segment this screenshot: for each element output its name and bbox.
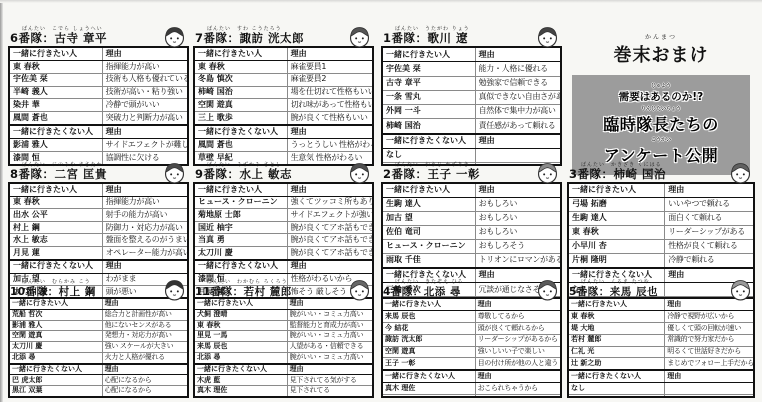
omake-title: かんまつ 巻末おまけ: [614, 32, 709, 67]
reason-header-cell: 理由: [287, 364, 373, 375]
squad-header: ばんたい きたぞえ ひろ4番隊：北添 尋: [381, 279, 562, 297]
squad-header: ばんたい おうじ かずあき2番隊：王子 一彰: [381, 162, 562, 182]
person-name-cell: 東 春秋: [9, 196, 102, 209]
not-want-header-cell: 一緒に行きたくない人: [194, 260, 287, 273]
want-row: 柿崎 国治責任感があって頼れる: [382, 119, 561, 134]
not-want-header-row: 一緒に行きたくない人理由: [382, 370, 561, 383]
reason-cell: 腕がいい・コミュ力高い: [287, 331, 373, 342]
person-name-cell: 若村 麓郎: [568, 334, 665, 346]
squad-header: ばんたい むらかみ こう10番隊：村上 鋼: [8, 279, 189, 297]
reason-cell: 能力・人格に優れる: [475, 62, 561, 76]
person-name-cell: 出水 公平: [9, 209, 102, 222]
person-name-cell: 国近 柚宇: [194, 221, 287, 234]
reason-cell: 真似できない自由さがある: [475, 90, 561, 104]
want-header-row: 一緒に行きたい人理由: [568, 183, 754, 198]
not-want-header-row: 一緒に行きたくない人理由: [382, 134, 561, 149]
person-name-cell: 生駒 達人: [568, 212, 665, 226]
want-row: 今 結花頭が良くて頼れるから: [382, 322, 561, 334]
person-name-cell: 辻 新之助: [568, 358, 665, 371]
person-name-cell: 外岡 一斗: [382, 104, 475, 118]
reason-cell: 麻雀要員1: [287, 60, 373, 73]
want-row: 水上 敏志盤面を整えるのがうまい: [9, 234, 188, 247]
captain-face-icon: [535, 160, 560, 189]
want-header-cell: 一緒に行きたい人: [9, 183, 102, 196]
person-name-cell: 諏訪 洸太郎: [382, 334, 475, 346]
reason-cell: 頭が良くて頼れるから: [475, 322, 561, 334]
squad-header-title: 11番隊：若村 麓郎: [195, 284, 292, 299]
banner-tagline: じゅよう 需要はあるのか!?: [619, 82, 703, 104]
want-row: 荒船 哲次総合力と計画性が高い: [9, 309, 188, 320]
want-row: 東 春秋指揮能力が高い: [9, 60, 188, 73]
person-name-cell: 加古 望: [382, 212, 475, 226]
person-name-cell: 今 結花: [382, 322, 475, 334]
reason-cell: 強いしいい子で楽しい: [475, 346, 561, 358]
want-row: 佐伯 竜司おもしろい: [382, 226, 561, 240]
not-want-header-row: 一緒に行きたくない人理由: [194, 364, 373, 375]
person-name-cell: 堤 大地: [568, 322, 665, 334]
person-name-cell: 空閑 遊真: [194, 99, 287, 112]
want-row: 堤 大地優しくて頭の回転が速い: [568, 322, 754, 334]
not-want-row: 黒江 双葉心配になるから: [9, 386, 188, 397]
want-row: 国近 柚宇腕が良くてアホ話もできる: [194, 221, 373, 234]
person-name-cell: 東 春秋: [568, 311, 665, 323]
want-row: 王子 一彰目の付け所が他の人と違う: [382, 358, 561, 371]
want-header-cell: 一緒に行きたい人: [9, 298, 102, 309]
captain-face-icon: [535, 24, 560, 53]
reason-cell: おこられちゃうから: [475, 383, 561, 395]
person-name-cell: 王子 一彰: [382, 358, 475, 371]
want-row: 雨取 千佳トリオンにロマンがある: [382, 253, 561, 268]
want-row: 辻 新之助まじめでフォロー上手だから: [568, 358, 754, 371]
not-want-header-cell: 一緒に行きたくない人: [382, 370, 475, 383]
reason-cell: トリオンにロマンがある: [475, 253, 561, 268]
person-name-cell: 北添 尋: [194, 352, 287, 363]
not-want-header-cell: 一緒に行きたくない人: [568, 370, 665, 383]
squad-header-title: 8番隊：二宮 匡貴: [10, 166, 107, 182]
reason-cell: リーダーシップがある: [665, 226, 754, 240]
want-row: 東 春秋リーダーシップがある: [568, 226, 754, 240]
squad-panel-squad-1: ばんたい うたがわ りょう1番隊：歌川 遼一緒に行きたい人理由宇佐美 栞能力・人…: [381, 26, 562, 166]
reason-cell: 性格が良くて頼れる: [665, 239, 754, 253]
reason-cell: 冷静で頼れる: [665, 253, 754, 268]
squad-panel-squad-5: ばんたい くるま たつや5番隊：来馬 辰也一緒に行きたい人理由東 春秋冷静で視野…: [567, 279, 755, 398]
banner-main-line-2-furigana: こうかい: [604, 136, 719, 143]
want-row: 犬飼 澄晴腕がいい・コミュ力高い: [194, 309, 373, 320]
reason-cell: 場を仕切れて性格もいい: [287, 86, 373, 99]
not-want-row: なし: [568, 383, 754, 395]
person-name-cell: 東 春秋: [194, 60, 287, 73]
reason-cell: 他にないセンスがある: [102, 320, 188, 331]
want-row: 東 春秋麻雀要員1: [194, 60, 373, 73]
want-row: 菊地原 士郎サイドエフェクトが強い: [194, 209, 373, 222]
reason-cell: 指揮能力が高い: [102, 196, 188, 209]
not-want-header-row: 一緒に行きたくない人理由: [194, 125, 373, 138]
reason-cell: いいやつで頼れる: [665, 198, 754, 212]
person-name-cell: ヒュース・クローニン: [382, 239, 475, 253]
reason-cell: 技術も人格も優れている: [102, 73, 188, 86]
want-row: 出水 公平射手の能力が高い: [9, 209, 188, 222]
reason-header-cell: 理由: [102, 364, 188, 375]
reason-header-cell: 理由: [287, 125, 373, 138]
not-want-row: 真木 理佐見下されてる: [194, 386, 373, 397]
want-row: 宇佐美 栞技術も人格も優れている: [9, 73, 188, 86]
person-name-cell: 風間 蒼也: [194, 139, 287, 152]
captain-face-icon: [347, 24, 372, 53]
reason-header-cell: 理由: [102, 260, 188, 273]
reason-cell: うっとうしい 性格がわるい: [287, 139, 373, 152]
want-row: 生駒 達人おもしろい: [382, 198, 561, 212]
person-name-cell: 古寺 章平: [382, 76, 475, 90]
want-row: 古寺 章平勉強家で信頼できる: [382, 76, 561, 90]
want-row: 加古 望おもしろい: [382, 212, 561, 226]
reason-cell: 明るくて世話好きだから: [665, 346, 754, 358]
person-name-cell: 柿崎 国治: [382, 119, 475, 134]
want-row: 空閑 遊真切れ味があって性格もいい: [194, 99, 373, 112]
captain-face-icon: [535, 277, 560, 306]
person-name-cell: 東 春秋: [568, 226, 665, 240]
not-want-header-cell: 一緒に行きたくない人: [194, 125, 287, 138]
want-row: 染井 華冷静で頭がいい: [9, 99, 188, 112]
want-row: 若村 麓郎常識的で努力家だから: [568, 334, 754, 346]
person-name-cell: 片桐 隆明: [568, 253, 665, 268]
reason-cell: 冷静で頭がいい: [102, 99, 188, 112]
reason-cell: 防御力・対応力が高い: [102, 221, 188, 234]
squad-panel-squad-10: ばんたい むらかみ こう10番隊：村上 鋼一緒に行きたい人理由荒船 哲次総合力と…: [8, 279, 189, 398]
person-name-cell: 宇佐美 栞: [382, 62, 475, 76]
person-name-cell: 東 春秋: [194, 320, 287, 331]
person-name-cell: 仁礼 光: [568, 346, 665, 358]
person-name-cell: 空閑 遊真: [9, 331, 102, 342]
person-name-cell: 冬島 慎次: [194, 73, 287, 86]
want-header-cell: 一緒に行きたい人: [568, 183, 665, 198]
reason-header-cell: 理由: [475, 370, 561, 383]
reason-cell: 心配になるから: [102, 386, 188, 397]
person-name-cell: 小早川 杏: [568, 239, 665, 253]
squad-header: ばんたい うたがわ りょう1番隊：歌川 遼: [381, 26, 562, 46]
want-row: 東 春秋監督能力と育成力が高い: [194, 320, 373, 331]
not-want-header-cell: 一緒に行きたくない人: [382, 134, 475, 149]
squad-header-title: 2番隊：王子 一彰: [383, 166, 480, 182]
want-row: 冬島 慎次麻雀要員2: [194, 73, 373, 86]
reason-cell: 技術が高い・粘り強い: [102, 86, 188, 99]
not-want-header-row: 一緒に行きたくない人理由: [194, 260, 373, 273]
not-want-header-row: 一緒に行きたくない人理由: [9, 260, 188, 273]
want-row: 片桐 隆明冷静で頼れる: [568, 253, 754, 268]
reason-cell: おもしろい: [475, 198, 561, 212]
want-header-row: 一緒に行きたい人理由: [568, 298, 754, 311]
reason-header-cell: 理由: [665, 370, 754, 383]
not-want-header-cell: 一緒に行きたくない人: [9, 125, 102, 138]
reason-cell: 目の付け所が他の人と違う: [475, 358, 561, 371]
want-row: 空閑 遊真強いしいい子で楽しい: [382, 346, 561, 358]
want-row: 影浦 雅人他にないセンスがある: [9, 320, 188, 331]
reason-cell: 盤面を整えるのがうまい: [102, 234, 188, 247]
reason-cell: 勉強家で信頼できる: [475, 76, 561, 90]
banner-main-line-1-text: 臨時隊長たちの: [603, 112, 719, 135]
person-name-cell: なし: [568, 383, 665, 395]
want-header-cell: 一緒に行きたい人: [9, 47, 102, 60]
reason-cell: おもしろい: [475, 212, 561, 226]
reason-cell: サイドエフェクトが難しい: [102, 139, 188, 152]
want-header-cell: 一緒に行きたい人: [568, 298, 665, 311]
not-want-header-row: 一緒に行きたくない人理由: [9, 125, 188, 138]
squad-panel-squad-6: ばんたい こでら しょうへい6番隊：古寺 章平一緒に行きたい人理由東 春秋指揮能…: [8, 26, 189, 166]
want-row: 来馬 辰也尊敬してるから: [382, 311, 561, 323]
omake-title-text: 巻末おまけ: [614, 41, 709, 67]
omake-title-block: かんまつ 巻末おまけ じゅよう 需要はあるのか!? りんじたいちょう 臨時隊長た…: [567, 28, 755, 158]
squad-header-title: 7番隊：諏訪 洸太郎: [195, 30, 304, 46]
person-name-cell: 太刀川 慶: [9, 341, 102, 352]
want-row: 弓場 拓磨いいやつで頼れる: [568, 198, 754, 212]
squad-header-title: 10番隊：村上 鋼: [10, 284, 96, 299]
survey-table: 一緒に行きたい人理由来馬 辰也尊敬してるから今 結花頭が良くて頼れるから諏訪 洸…: [381, 297, 562, 398]
person-name-cell: ヒュース・クローニン: [194, 196, 287, 209]
want-row: 東 春秋冷静で視野が広いから: [568, 311, 754, 323]
person-name-cell: 真木 理佐: [194, 386, 287, 397]
want-row: 里見 一馬腕がいい・コミュ力高い: [194, 331, 373, 342]
reason-cell: 総合力と計画性が高い: [102, 309, 188, 320]
reason-header-cell: 理由: [102, 125, 188, 138]
captain-face-icon: [162, 277, 187, 306]
reason-cell: 面白くて頼れる: [665, 212, 754, 226]
want-row: 北添 尋腕がいい・コミュ力高い: [194, 352, 373, 363]
reason-cell: まじめでフォロー上手だから: [665, 358, 754, 371]
reason-cell: [665, 383, 754, 395]
not-want-header-cell: 一緒に行きたくない人: [9, 364, 102, 375]
reason-cell: 腕が良くてアホ話もできる: [287, 247, 373, 260]
person-name-cell: 柿崎 国治: [194, 86, 287, 99]
person-name-cell: 当真 勇: [194, 234, 287, 247]
want-header-cell: 一緒に行きたい人: [382, 47, 475, 62]
reason-cell: 切れ味があって性格もいい: [287, 99, 373, 112]
person-name-cell: 村上 鋼: [9, 221, 102, 234]
person-name-cell: 北添 尋: [9, 352, 102, 363]
want-row: 月見 蓮オペレーター能力が高い: [9, 247, 188, 260]
squad-header-title: 5番隊：来馬 辰也: [569, 284, 658, 299]
squad-header-title: 6番隊：古寺 章平: [10, 30, 107, 46]
not-want-row: 風間 蒼也うっとうしい 性格がわるい: [194, 139, 373, 152]
person-name-cell: 風間 蒼也: [9, 112, 102, 125]
reason-cell: 腕が良くて性格もいい: [287, 112, 373, 125]
reason-header-cell: 理由: [475, 134, 561, 149]
want-row: 半崎 義人技術が高い・粘り強い: [9, 86, 188, 99]
reason-cell: 腕が良くてアホ話もできる: [287, 234, 373, 247]
not-want-row: 木虎 藍見下されてる気がする: [194, 375, 373, 386]
want-row: 宇佐美 栞能力・人格に優れる: [382, 62, 561, 76]
want-row: 太刀川 慶腕が良くてアホ話もできる: [194, 247, 373, 260]
want-row: 当真 勇腕が良くてアホ話もできる: [194, 234, 373, 247]
person-name-cell: 菊地原 士郎: [194, 209, 287, 222]
want-row: 一条 雪丸真似できない自由さがある: [382, 90, 561, 104]
reason-cell: リーダーシップがあるから: [475, 334, 561, 346]
person-name-cell: 空閑 遊真: [382, 346, 475, 358]
squad-header-title: 9番隊：水上 敏志: [195, 166, 292, 182]
squad-header: ばんたい みずかみ さとし9番隊：水上 敏志: [193, 162, 374, 182]
reason-cell: 突破力と判断力が高い: [102, 112, 188, 125]
want-row: 北添 尋火力と人格が優れる: [9, 352, 188, 363]
want-row: 外岡 一斗自然体で集中力が高い: [382, 104, 561, 118]
person-name-cell: 水上 敏志: [9, 234, 102, 247]
reason-cell: 火力と人格が優れる: [102, 352, 188, 363]
reason-cell: 心配になるから: [102, 375, 188, 386]
squad-header: ばんたい かきざき くにはる3番隊：柿崎 国治: [567, 162, 755, 182]
person-name-cell: 太刀川 慶: [194, 247, 287, 260]
want-row: 風間 蒼也突破力と判断力が高い: [9, 112, 188, 125]
want-header-cell: 一緒に行きたい人: [382, 183, 475, 198]
not-want-row: 影浦 雅人サイドエフェクトが難しい: [9, 139, 188, 152]
want-header-cell: 一緒に行きたい人: [382, 298, 475, 311]
squad-header: ばんたい くるま たつや5番隊：来馬 辰也: [567, 279, 755, 297]
want-row: 東 春秋指揮能力が高い: [9, 196, 188, 209]
person-name-cell: 巴 虎太郎: [9, 375, 102, 386]
want-row: 諏訪 洸太郎リーダーシップがあるから: [382, 334, 561, 346]
survey-table: 一緒に行きたい人理由東 春秋麻雀要員1冬島 慎次麻雀要員2柿崎 国治場を仕切れて…: [193, 46, 374, 166]
not-want-header-row: 一緒に行きたくない人理由: [568, 370, 754, 383]
empty-row: [382, 395, 561, 397]
survey-table: 一緒に行きたい人理由荒船 哲次総合力と計画性が高い影浦 雅人他にないセンスがある…: [8, 297, 189, 398]
want-header-cell: 一緒に行きたい人: [194, 298, 287, 309]
person-name-cell: 来馬 辰也: [382, 311, 475, 323]
person-name-cell: 三上 歌歩: [194, 112, 287, 125]
want-row: ヒュース・クローニンおもしろそう: [382, 239, 561, 253]
reason-header-cell: 理由: [287, 260, 373, 273]
captain-face-icon: [728, 277, 753, 306]
captain-face-icon: [347, 277, 372, 306]
survey-table: 一緒に行きたい人理由犬飼 澄晴腕がいい・コミュ力高い東 春秋監督能力と育成力が高…: [193, 297, 374, 398]
want-row: 三上 歌歩腕が良くて性格もいい: [194, 112, 373, 125]
reason-cell: 尊敬してるから: [475, 311, 561, 323]
banner-main-line-1-furigana: りんじたいちょう: [603, 105, 719, 112]
survey-table: 一緒に行きたい人理由宇佐美 栞能力・人格に優れる古寺 章平勉強家で信頼できる一条…: [381, 46, 562, 166]
reason-cell: 指揮能力が高い: [102, 60, 188, 73]
reason-cell: 自然体で集中力が高い: [475, 104, 561, 118]
want-row: 村上 鋼防御力・対応力が高い: [9, 221, 188, 234]
reason-cell: 腕がいい・コミュ力高い: [287, 309, 373, 320]
reason-cell: 腕が良くてアホ話もできる: [287, 221, 373, 234]
captain-face-icon: [162, 160, 187, 189]
reason-cell: 発想力・対応力が高い: [102, 331, 188, 342]
survey-table: 一緒に行きたい人理由東 春秋冷静で視野が広いから堤 大地優しくて頭の回転が速い若…: [567, 297, 755, 398]
reason-cell: 射手の能力が高い: [102, 209, 188, 222]
person-name-cell: 影浦 雅人: [9, 320, 102, 331]
survey-table: 一緒に行きたい人理由東 春秋指揮能力が高い宇佐美 栞技術も人格も優れている半崎 …: [8, 46, 189, 166]
want-row: 柿崎 国治場を仕切れて性格もいい: [194, 86, 373, 99]
person-name-cell: 佐伯 竜司: [382, 226, 475, 240]
reason-cell: 見下されてる: [287, 386, 373, 397]
survey-banner: じゅよう 需要はあるのか!? りんじたいちょう 臨時隊長たちの こうかい アンケ…: [572, 75, 750, 175]
not-want-row: 巴 虎太郎心配になるから: [9, 375, 188, 386]
squad-header: ばんたい にのみや まさたか8番隊：二宮 匡貴: [8, 162, 189, 182]
person-name-cell: 来馬 辰也: [194, 341, 287, 352]
reason-cell: おもしろそう: [475, 239, 561, 253]
want-row: 太刀川 慶強い スケールが大きい: [9, 341, 188, 352]
person-name-cell: 一条 雪丸: [382, 90, 475, 104]
want-row: 生駒 達人面白くて頼れる: [568, 212, 754, 226]
person-name-cell: 木虎 藍: [194, 375, 287, 386]
reason-cell: 常識的で努力家だから: [665, 334, 754, 346]
banner-main-line-1: りんじたいちょう 臨時隊長たちの: [603, 105, 719, 135]
empty-row: [568, 395, 754, 397]
squad-header: ばんたい すわ こうたろう7番隊：諏訪 洸太郎: [193, 26, 374, 46]
person-name-cell: 里見 一馬: [194, 331, 287, 342]
captain-face-icon: [162, 24, 187, 53]
want-header-cell: 一緒に行きたい人: [194, 183, 287, 196]
reason-cell: オペレーター能力が高い: [102, 247, 188, 260]
person-name-cell: 月見 蓮: [9, 247, 102, 260]
not-want-header-cell: 一緒に行きたくない人: [194, 364, 287, 375]
banner-tagline-furigana: じゅよう: [619, 82, 703, 89]
not-want-header-row: 一緒に行きたくない人理由: [9, 364, 188, 375]
reason-cell: 優しくて頭の回転が速い: [665, 322, 754, 334]
want-row: 小早川 杏性格が良くて頼れる: [568, 239, 754, 253]
scan-edge-artifact: [0, 0, 3, 402]
want-row: 空閑 遊真発想力・対応力が高い: [9, 331, 188, 342]
squad-header-title: 3番隊：柿崎 国治: [569, 166, 666, 182]
not-want-header-cell: 一緒に行きたくない人: [9, 260, 102, 273]
want-header-cell: 一緒に行きたい人: [194, 47, 287, 60]
banner-tagline-text: 需要はあるのか!?: [619, 89, 703, 104]
reason-cell: 冷静で視野が広いから: [665, 311, 754, 323]
person-name-cell: 半崎 義人: [9, 86, 102, 99]
reason-cell: 強い スケールが大きい: [102, 341, 188, 352]
not-want-row: 真木 理佐おこられちゃうから: [382, 383, 561, 395]
want-row: 来馬 辰也人望がある・信頼できる: [194, 341, 373, 352]
captain-face-icon: [347, 160, 372, 189]
want-row: ヒュース・クローニン強くてツッコミ所もありそう: [194, 196, 373, 209]
reason-cell: 見下されてる気がする: [287, 375, 373, 386]
squad-header-title: 1番隊：歌川 遼: [383, 30, 468, 46]
squad-panel-squad-7: ばんたい すわ こうたろう7番隊：諏訪 洸太郎一緒に行きたい人理由東 春秋麻雀要…: [193, 26, 374, 166]
squad-panel-squad-4: ばんたい きたぞえ ひろ4番隊：北添 尋一緒に行きたい人理由来馬 辰也尊敬してる…: [381, 279, 562, 398]
reason-cell: 強くてツッコミ所もありそう: [287, 196, 373, 209]
captain-face-icon: [728, 160, 753, 189]
person-name-cell: 染井 華: [9, 99, 102, 112]
omake-title-furigana: かんまつ: [614, 32, 709, 41]
person-name-cell: 弓場 拓磨: [568, 198, 665, 212]
squad-header-title: 4番隊：北添 尋: [383, 284, 461, 299]
reason-cell: 麻雀要員2: [287, 73, 373, 86]
person-name-cell: 宇佐美 栞: [9, 73, 102, 86]
person-name-cell: 真木 理佐: [382, 383, 475, 395]
reason-cell: 監督能力と育成力が高い: [287, 320, 373, 331]
person-name-cell: 雨取 千佳: [382, 253, 475, 268]
reason-cell: 人望がある・信頼できる: [287, 341, 373, 352]
person-name-cell: 黒江 双葉: [9, 386, 102, 397]
want-row: 仁礼 光明るくて世話好きだから: [568, 346, 754, 358]
reason-cell: 腕がいい・コミュ力高い: [287, 352, 373, 363]
reason-cell: おもしろい: [475, 226, 561, 240]
person-name-cell: 東 春秋: [9, 60, 102, 73]
squad-panel-squad-11: ばんたい わかむら ろくろう11番隊：若村 麓郎一緒に行きたい人理由犬飼 澄晴腕…: [193, 279, 374, 398]
manga-omake-spread: かんまつ 巻末おまけ じゅよう 需要はあるのか!? りんじたいちょう 臨時隊長た…: [0, 0, 762, 402]
squad-header: ばんたい わかむら ろくろう11番隊：若村 麓郎: [193, 279, 374, 297]
scan-edge-artifact: [0, 0, 762, 3]
squad-header: ばんたい こでら しょうへい6番隊：古寺 章平: [8, 26, 189, 46]
person-name-cell: 荒船 哲次: [9, 309, 102, 320]
reason-cell: 責任感があって頼れる: [475, 119, 561, 134]
person-name-cell: 影浦 雅人: [9, 139, 102, 152]
person-name-cell: 犬飼 澄晴: [194, 309, 287, 320]
reason-cell: サイドエフェクトが強い: [287, 209, 373, 222]
person-name-cell: 生駒 達人: [382, 198, 475, 212]
